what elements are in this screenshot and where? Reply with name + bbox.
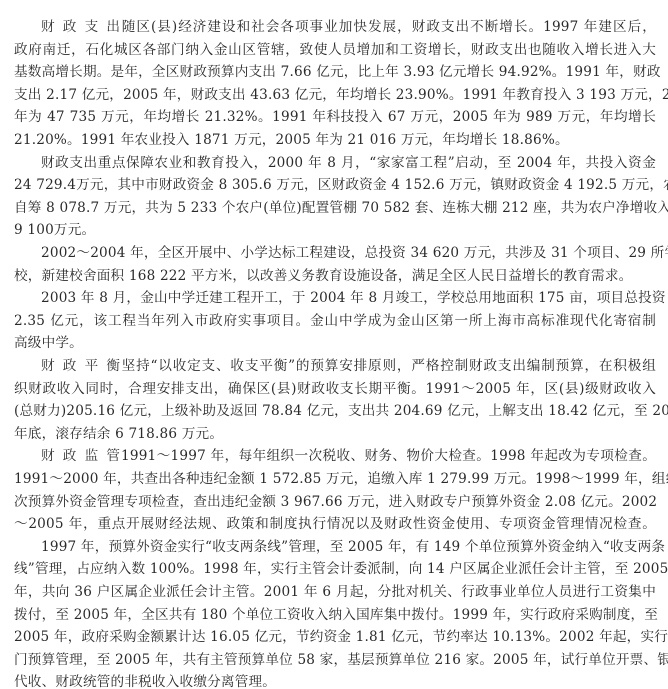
section-heading-fiscal-expenditure: 财政支出 bbox=[41, 16, 121, 38]
paragraph-line: 年底，滚存结余 6 718.86 万元。 bbox=[14, 423, 656, 445]
paragraph-line: (总财力)205.16 亿元，上级补助及返回 78.84 亿元，支出共 204.… bbox=[14, 400, 656, 422]
paragraph-line: 财政平衡坚持“以收定支、收支平衡”的预算安排原则，严格控制财政支出编制预算，在积… bbox=[14, 355, 656, 377]
section-heading-fiscal-balance: 财政平衡 bbox=[41, 355, 121, 377]
paragraph-line: 21.20%。1991 年农业投入 1871 万元，2005 年为 21 016… bbox=[14, 129, 656, 151]
paragraph-line: 门预算管理，至 2005 年，共有主管预算单位 58 家，基层预算单位 216 … bbox=[14, 649, 656, 671]
paragraph-line: 2003 年 8 月，金山中学迁建工程开工，于 2004 年 8 月竣工，学校总… bbox=[14, 287, 656, 309]
paragraph-line: 财政支出重点保障农业和教育投入，2000 年 8 月，“家家富工程”启动，至 2… bbox=[14, 152, 656, 174]
paragraph-line: 织财政收入同时，合理安排支出，确保区(县)财政收支长期平衡。1991～2005 … bbox=[14, 378, 656, 400]
paragraph-line: 自筹 8 078.7 万元，共为 5 233 个农户(单位)配置管棚 70 58… bbox=[14, 197, 656, 219]
paragraph-line: 校，新建校舍面积 168 222 平方米，以改善义务教育设施设备，满足全区人民日… bbox=[14, 265, 656, 287]
paragraph-line: 高级中学。 bbox=[14, 332, 656, 354]
paragraph-line: 基数高增长期。是年，全区财政预算内支出 7.66 亿元，比上年 3.93 亿元增… bbox=[14, 61, 656, 83]
paragraph-line: 线”管理，占应纳入数 100%。1998 年，实行主管会计委派制，向 14 户区… bbox=[14, 558, 656, 580]
paragraph-line: 9 100万元。 bbox=[14, 219, 656, 241]
paragraph-line: 年为 47 735 万元，年均增长 21.32%。1991 年科技投入 67 万… bbox=[14, 106, 656, 128]
paragraph-line: 24 729.4万元，其中市财政资金 8 305.6 万元，区财政资金 4 15… bbox=[14, 174, 656, 196]
paragraph-line: 2002～2004 年，全区开展中、小学达标工程建设，总投资 34 620 万元… bbox=[14, 242, 656, 264]
paragraph-line: 2005 年，政府采购金额累计达 16.05 亿元，节约资金 1.81 亿元，节… bbox=[14, 626, 656, 648]
paragraph-line: 代收、财政统管的非税收入收缴分离管理。 bbox=[14, 671, 656, 689]
paragraph-line: 政府南迁，石化城区各部门纳入金山区管辖，致使人员增加和工资增长，财政支出也随收入… bbox=[14, 39, 656, 61]
paragraph-line: 年，共向 36 户区属企业派任会计主管。2001 年 6 月起，分批对机关、行政… bbox=[14, 581, 656, 603]
paragraph-line: 财政监管1991～1997 年，每年组织一次税收、财务、物价大检查。1998 年… bbox=[14, 445, 656, 467]
paragraph-line: 拨付，至 2005 年，全区共有 180 个单位工资收入纳入国库集中拨付。199… bbox=[14, 604, 656, 626]
paragraph-line: 财政支出随区(县)经济建设和社会各项事业加快发展，财政支出不断增长。1997 年… bbox=[14, 16, 656, 38]
section-heading-fiscal-supervision: 财政监管 bbox=[41, 445, 121, 467]
paragraph-line: 1997 年，预算外资金实行“收支两条线”管理，至 2005 年，有 149 个… bbox=[14, 536, 656, 558]
paragraph-line: 1991～2000 年，共查出各种违纪金额 1 572.85 万元，追缴入库 1… bbox=[14, 468, 656, 490]
paragraph-line: 2.35 亿元，该工程当年列入市政府实事项目。金山中学成为金山区第一所上海市高标… bbox=[14, 310, 656, 332]
paragraph-line: ～2005 年，重点开展财经法规、政策和制度执行情况以及财政性资金使用、专项资金… bbox=[14, 513, 656, 535]
paragraph-line: 次预算外资金管理专项检查，查出违纪金额 3 967.66 万元，进入财政专户预算… bbox=[14, 491, 656, 513]
paragraph-line: 支出 2.17 亿元，2005 年，财政支出 43.63 亿元，年均增长 23.… bbox=[14, 84, 656, 106]
